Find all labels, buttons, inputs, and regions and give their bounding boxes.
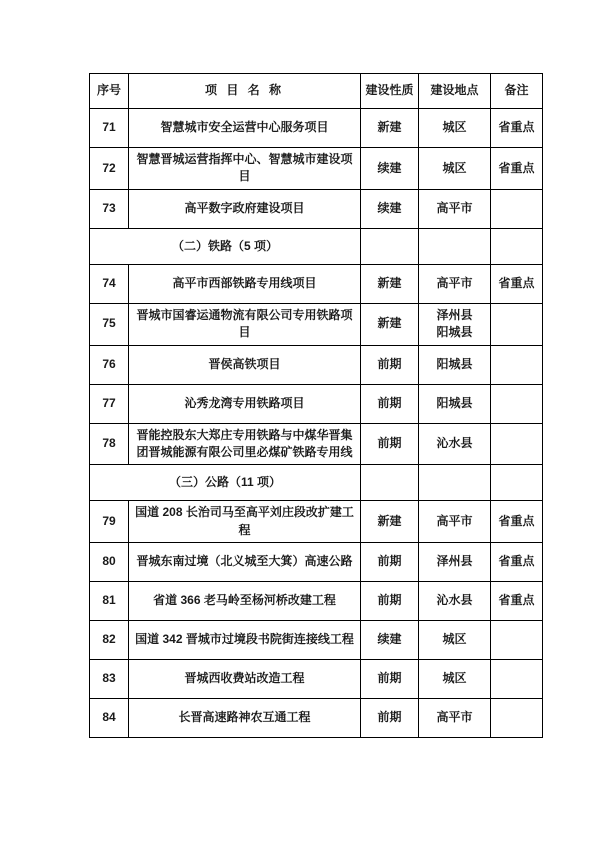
note-cell	[491, 303, 543, 345]
location-cell: 泽州县 阳城县	[419, 303, 491, 345]
header-nature: 建设性质	[361, 74, 419, 109]
project-name-cell: 省道 366 老马岭至杨河桥改建工程	[129, 582, 361, 621]
table-header-row: 序号 项 目 名 称 建设性质 建设地点 备注	[90, 74, 543, 109]
serial-cell: 83	[90, 660, 129, 699]
note-cell	[491, 660, 543, 699]
nature-cell	[361, 228, 419, 264]
location-cell: 泽州县	[419, 543, 491, 582]
serial-cell: 82	[90, 621, 129, 660]
project-name-cell: 长晋高速路神农互通工程	[129, 699, 361, 738]
section-title-cell: （二）铁路（5 项）	[90, 228, 361, 264]
project-name-cell: 晋能控股东大郑庄专用铁路与中煤华晋集团晋城能源有限公司里必煤矿铁路专用线	[129, 423, 361, 465]
note-cell	[491, 228, 543, 264]
serial-cell: 73	[90, 189, 129, 228]
header-note: 备注	[491, 74, 543, 109]
note-cell: 省重点	[491, 148, 543, 190]
project-name-cell: 晋城东南过境（北义城至大箕）高速公路	[129, 543, 361, 582]
nature-cell: 前期	[361, 699, 419, 738]
project-name-cell: 晋侯高铁项目	[129, 345, 361, 384]
serial-cell: 74	[90, 264, 129, 303]
header-serial: 序号	[90, 74, 129, 109]
table-body: 71智慧城市安全运营中心服务项目新建城区省重点72智慧晋城运营指挥中心、智慧城市…	[90, 109, 543, 738]
project-name-cell: 高平数字政府建设项目	[129, 189, 361, 228]
nature-cell: 续建	[361, 621, 419, 660]
location-cell: 城区	[419, 148, 491, 190]
serial-cell: 77	[90, 384, 129, 423]
location-cell: 阳城县	[419, 384, 491, 423]
table-row: 79国道 208 长治司马至高平刘庄段改扩建工程新建高平市省重点	[90, 501, 543, 543]
nature-cell: 前期	[361, 543, 419, 582]
note-cell	[491, 699, 543, 738]
table-row: 80晋城东南过境（北义城至大箕）高速公路前期泽州县省重点	[90, 543, 543, 582]
header-location: 建设地点	[419, 74, 491, 109]
project-name-cell: 沁秀龙湾专用铁路项目	[129, 384, 361, 423]
location-cell: 沁水县	[419, 423, 491, 465]
note-cell	[491, 423, 543, 465]
project-name-cell: 国道 208 长治司马至高平刘庄段改扩建工程	[129, 501, 361, 543]
serial-cell: 84	[90, 699, 129, 738]
table-row: 74高平市西部铁路专用线项目新建高平市省重点	[90, 264, 543, 303]
note-cell: 省重点	[491, 109, 543, 148]
table-row: 78晋能控股东大郑庄专用铁路与中煤华晋集团晋城能源有限公司里必煤矿铁路专用线前期…	[90, 423, 543, 465]
serial-cell: 76	[90, 345, 129, 384]
location-cell: 城区	[419, 109, 491, 148]
location-cell: 阳城县	[419, 345, 491, 384]
nature-cell: 新建	[361, 109, 419, 148]
note-cell: 省重点	[491, 543, 543, 582]
nature-cell: 前期	[361, 660, 419, 699]
location-cell: 城区	[419, 660, 491, 699]
table-row: 77沁秀龙湾专用铁路项目前期阳城县	[90, 384, 543, 423]
location-cell: 城区	[419, 621, 491, 660]
project-name-cell: 智慧晋城运营指挥中心、智慧城市建设项目	[129, 148, 361, 190]
table-row: 73高平数字政府建设项目续建高平市	[90, 189, 543, 228]
nature-cell: 新建	[361, 264, 419, 303]
note-cell	[491, 465, 543, 501]
project-name-cell: 国道 342 晋城市过境段书院街连接线工程	[129, 621, 361, 660]
table-row: 72智慧晋城运营指挥中心、智慧城市建设项目续建城区省重点	[90, 148, 543, 190]
serial-cell: 71	[90, 109, 129, 148]
nature-cell: 新建	[361, 303, 419, 345]
table-row: 83晋城西收费站改造工程前期城区	[90, 660, 543, 699]
serial-cell: 78	[90, 423, 129, 465]
project-name-cell: 晋城市国睿运通物流有限公司专用铁路项目	[129, 303, 361, 345]
location-cell: 高平市	[419, 699, 491, 738]
header-project-name: 项 目 名 称	[129, 74, 361, 109]
serial-cell: 80	[90, 543, 129, 582]
location-cell: 沁水县	[419, 582, 491, 621]
nature-cell: 前期	[361, 384, 419, 423]
location-cell	[419, 228, 491, 264]
project-name-cell: 高平市西部铁路专用线项目	[129, 264, 361, 303]
table-row: 76晋侯高铁项目前期阳城县	[90, 345, 543, 384]
project-name-cell: 晋城西收费站改造工程	[129, 660, 361, 699]
serial-cell: 72	[90, 148, 129, 190]
nature-cell: 续建	[361, 148, 419, 190]
note-cell	[491, 189, 543, 228]
note-cell: 省重点	[491, 582, 543, 621]
note-cell: 省重点	[491, 501, 543, 543]
location-cell: 高平市	[419, 264, 491, 303]
project-table: 序号 项 目 名 称 建设性质 建设地点 备注 71智慧城市安全运营中心服务项目…	[89, 73, 543, 738]
nature-cell: 前期	[361, 423, 419, 465]
table-row: 81省道 366 老马岭至杨河桥改建工程前期沁水县省重点	[90, 582, 543, 621]
note-cell	[491, 345, 543, 384]
note-cell	[491, 621, 543, 660]
section-row: （二）铁路（5 项）	[90, 228, 543, 264]
table-row: 84长晋高速路神农互通工程前期高平市	[90, 699, 543, 738]
serial-cell: 79	[90, 501, 129, 543]
nature-cell: 续建	[361, 189, 419, 228]
table-row: 75晋城市国睿运通物流有限公司专用铁路项目新建泽州县 阳城县	[90, 303, 543, 345]
nature-cell	[361, 465, 419, 501]
note-cell: 省重点	[491, 264, 543, 303]
table-row: 71智慧城市安全运营中心服务项目新建城区省重点	[90, 109, 543, 148]
nature-cell: 新建	[361, 501, 419, 543]
nature-cell: 前期	[361, 345, 419, 384]
location-cell: 高平市	[419, 189, 491, 228]
note-cell	[491, 384, 543, 423]
project-name-cell: 智慧城市安全运营中心服务项目	[129, 109, 361, 148]
section-row: （三）公路（11 项）	[90, 465, 543, 501]
serial-cell: 81	[90, 582, 129, 621]
document-page: 序号 项 目 名 称 建设性质 建设地点 备注 71智慧城市安全运营中心服务项目…	[0, 0, 600, 847]
location-cell	[419, 465, 491, 501]
table-row: 82国道 342 晋城市过境段书院街连接线工程续建城区	[90, 621, 543, 660]
section-title-cell: （三）公路（11 项）	[90, 465, 361, 501]
serial-cell: 75	[90, 303, 129, 345]
location-cell: 高平市	[419, 501, 491, 543]
nature-cell: 前期	[361, 582, 419, 621]
